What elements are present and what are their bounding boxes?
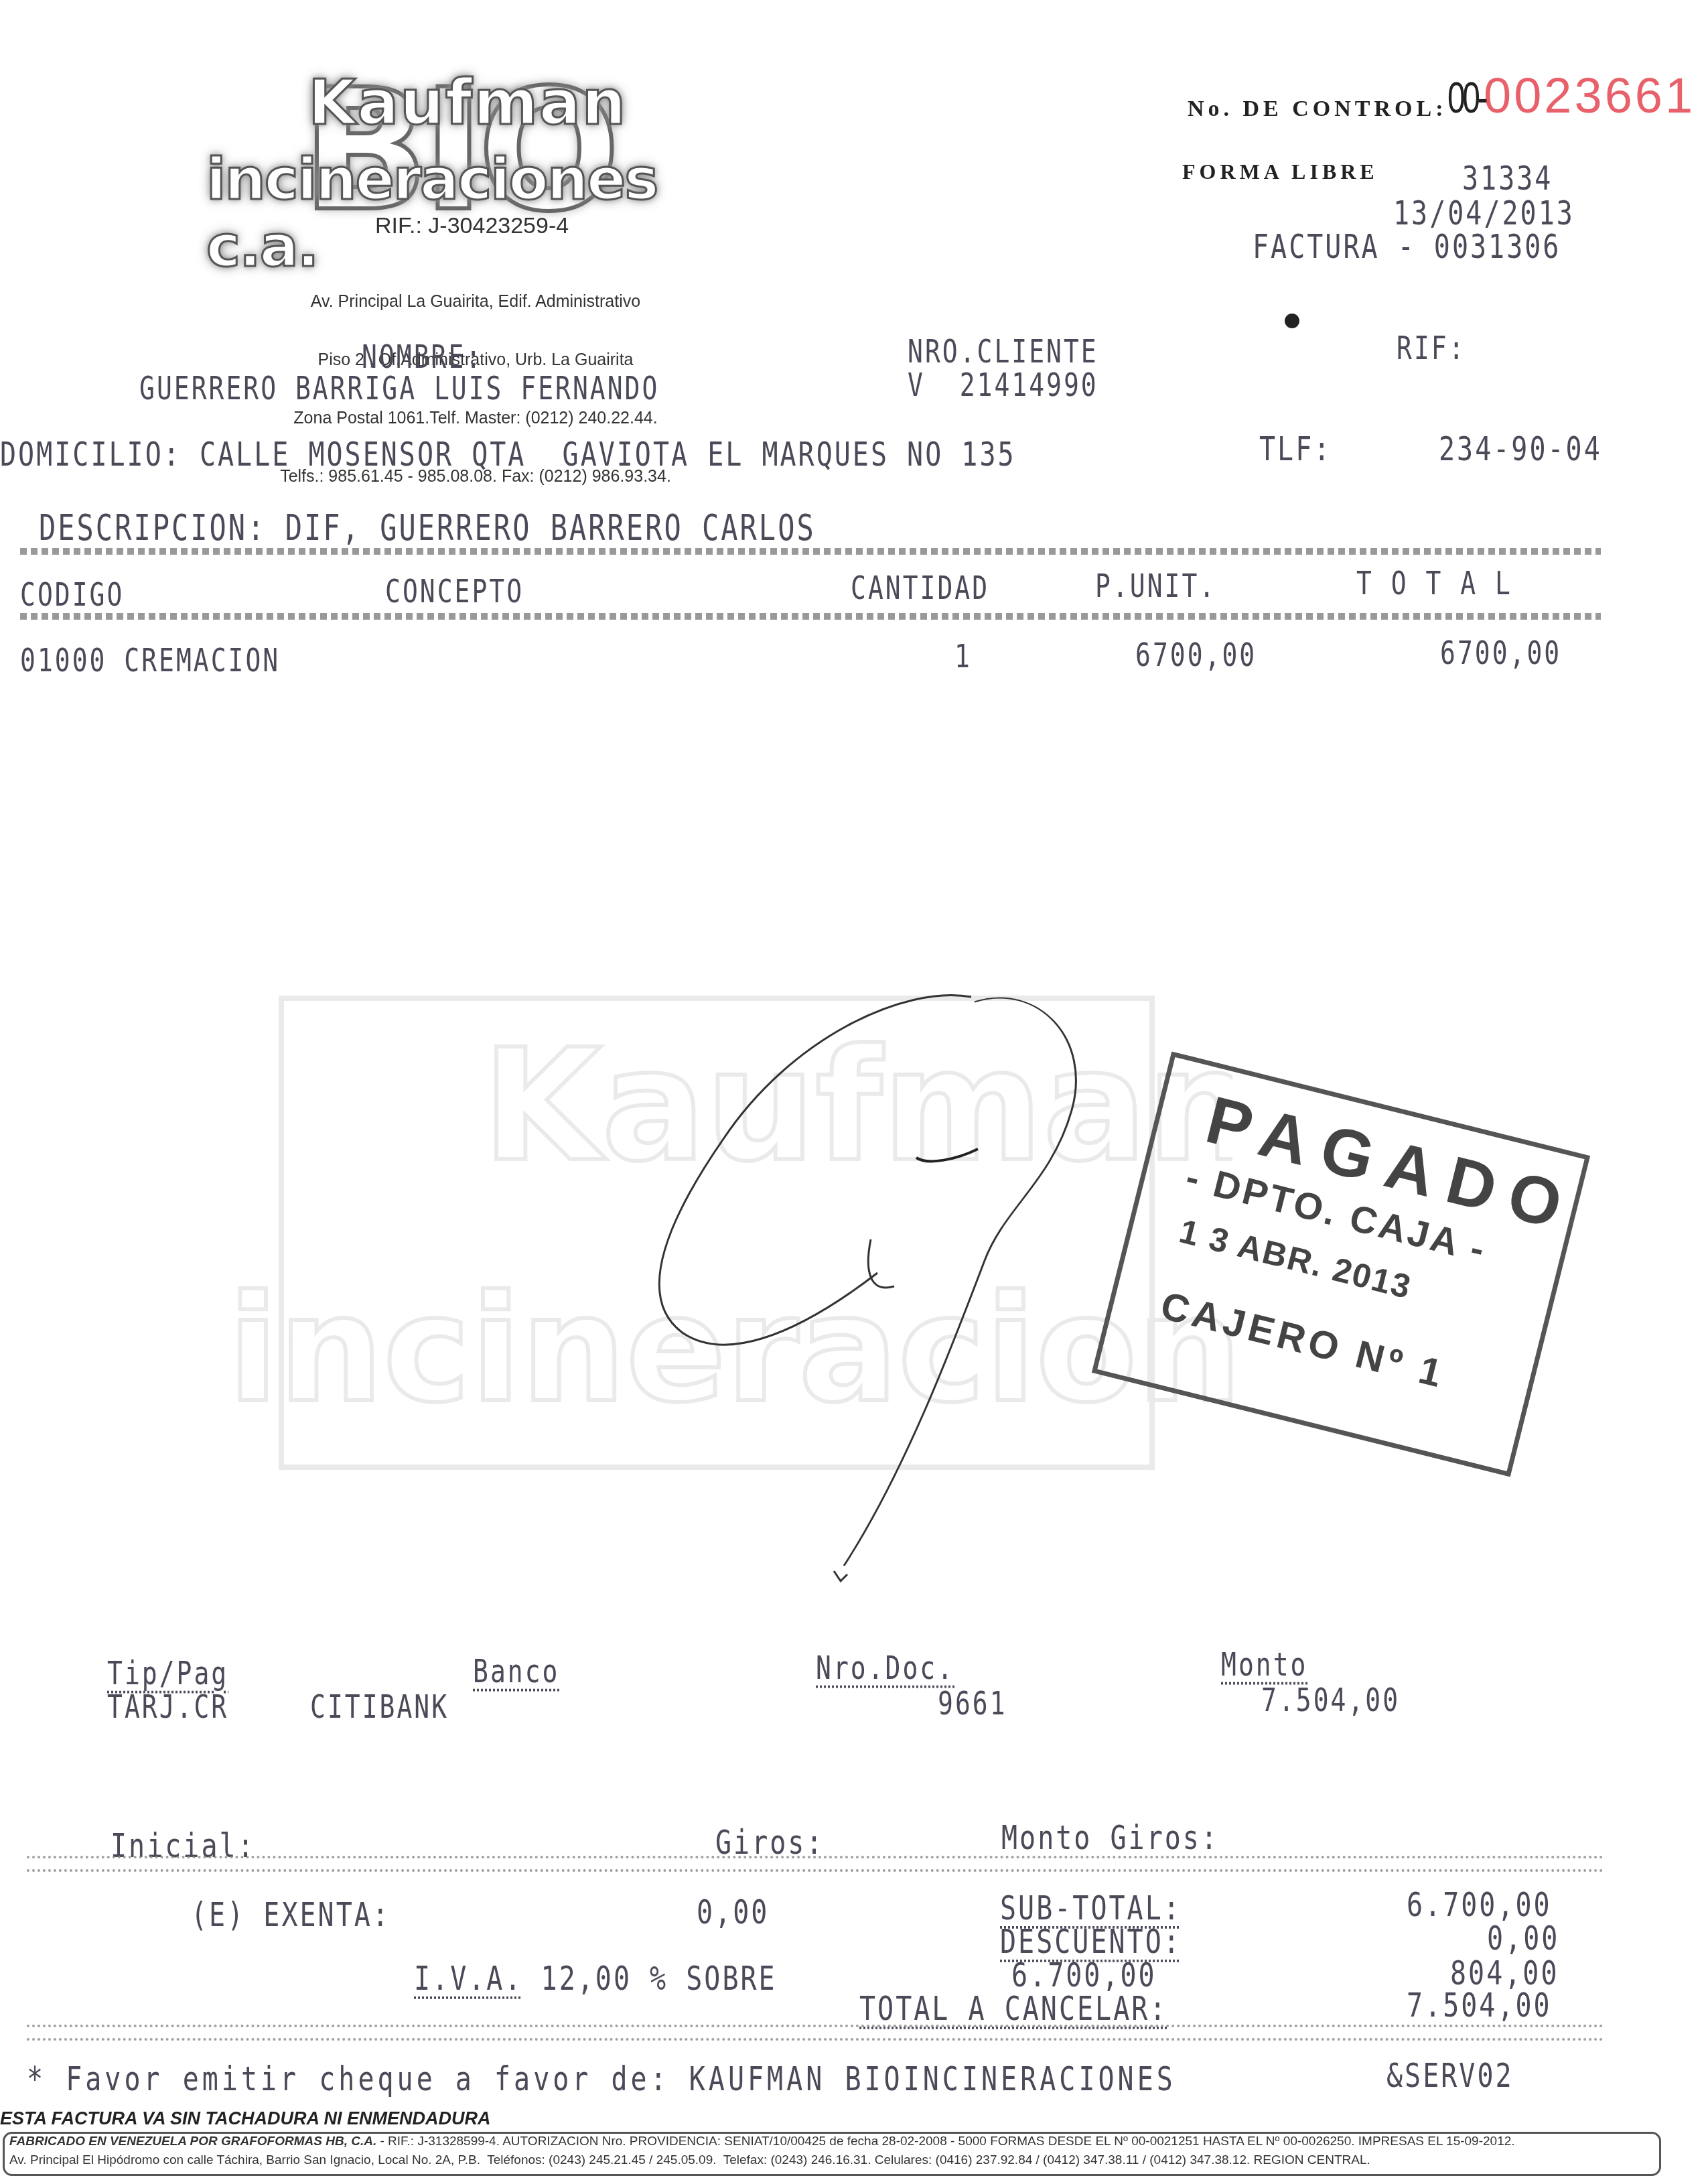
col-cantidad: CANTIDAD (851, 569, 989, 606)
ink-blot (1285, 314, 1299, 328)
divider (20, 613, 1601, 620)
subtotal-value: 6.700,00 (1407, 1886, 1552, 1925)
subtotal-label: SUB-TOTAL: (1000, 1889, 1182, 1928)
row-punit: 6700,00 (1135, 636, 1257, 673)
pay-col-banco: Banco (473, 1653, 559, 1690)
exenta-label: (E) EXENTA: (191, 1896, 390, 1935)
monto-giros-label: Monto Giros: (1001, 1819, 1219, 1858)
divider (20, 548, 1601, 555)
tlf-label: TLF: (1259, 430, 1332, 469)
tlf-value: 234-90-04 (1439, 430, 1602, 469)
row-code-concept: 01000 CREMACION (20, 642, 280, 679)
rif-label: RIF: (1397, 330, 1466, 366)
total-label: TOTAL A CANCELAR: (859, 1990, 1167, 2029)
printer-details: - RIF.: J-31328599-4. AUTORIZACION Nro. … (376, 2134, 1514, 2149)
col-punit: P.UNIT. (1095, 567, 1216, 604)
invoice-number: FACTURA - 0031306 (1253, 228, 1561, 267)
col-concepto: CONCEPTO (385, 573, 524, 610)
row-cantidad: 1 (954, 638, 972, 675)
descuento-value: 0,00 (1487, 1919, 1559, 1958)
invoice-date: 13/04/2013 (1393, 194, 1575, 233)
service-code: &SERV02 (1386, 2057, 1514, 2096)
printer-line-2: Av. Principal El Hipódromo con calle Tác… (9, 2153, 1370, 2168)
iva-rate: 12,00 % SOBRE (541, 1960, 777, 1998)
iva-label: I.V.A. (414, 1960, 523, 1998)
company-rif: RIF.: J-30423259-4 (375, 213, 569, 239)
logo-kaufman: Kaufman (308, 67, 627, 139)
printer-line-1: FABRICADO EN VENEZUELA POR GRAFOFORMAS H… (9, 2134, 1515, 2149)
forma-libre-number: 31334 (1462, 159, 1553, 198)
company-logo: BIO Kaufman incineraciones c.a. (201, 67, 750, 214)
cheque-note: * Favor emitir cheque a favor de: KAUFMA… (27, 2060, 1176, 2099)
control-number-block: No. DE CONTROL:00-0023661 (1182, 60, 1695, 121)
col-total: T O T A L (1356, 565, 1512, 602)
double-divider (27, 2025, 1604, 2041)
pay-col-tipo: Tip/Pag (107, 1655, 228, 1692)
pay-banco: CITIBANK (310, 1688, 449, 1725)
footer-warning: ESTA FACTURA VA SIN TACHADURA NI ENMENDA… (0, 2108, 490, 2129)
printer-name: FABRICADO EN VENEZUELA POR GRAFOFORMAS H… (9, 2134, 376, 2149)
descuento-label: DESCUENTO: (1000, 1923, 1182, 1962)
pay-col-monto: Monto (1221, 1646, 1307, 1683)
nro-cliente: V 21414990 (908, 366, 1098, 403)
forma-libre-label: FORMA LIBRE (1182, 159, 1378, 184)
col-codigo: CODIGO (20, 576, 124, 613)
descripcion: DESCRIPCION: DIF, GUERRERO BARRERO CARLO… (39, 507, 816, 548)
pay-nrodoc: 9661 (938, 1685, 1007, 1722)
pay-tipo: TARJ.CR (107, 1688, 228, 1725)
control-label: No. DE CONTROL: (1188, 96, 1447, 121)
iva-line: I.V.A. 12,00 % SOBRE (414, 1960, 777, 1998)
double-divider (27, 1856, 1604, 1872)
row-total: 6700,00 (1440, 634, 1561, 671)
exenta-value: 0,00 (697, 1893, 769, 1932)
control-number: 0023661 (1484, 68, 1695, 123)
pay-col-nrodoc: Nro.Doc. (816, 1649, 954, 1686)
pay-monto: 7.504,00 (1261, 1682, 1400, 1718)
domicilio: DOMICILIO: CALLE MOSENSOR QTA GAVIOTA EL… (0, 435, 1016, 474)
iva-base: 6.700,00 (1011, 1956, 1157, 1995)
customer-name: GUERRERO BARRIGA LUIS FERNANDO (139, 370, 659, 407)
nro-cliente-label: NRO.CLIENTE (908, 333, 1098, 370)
address-line: Av. Principal La Guairita, Edif. Adminis… (0, 292, 951, 312)
total-value: 7.504,00 (1407, 1986, 1552, 2025)
address-line: Zona Postal 1061.Telf. Master: (0212) 24… (0, 409, 951, 428)
signature (201, 925, 1206, 1594)
control-prefix: 00- (1447, 76, 1485, 119)
